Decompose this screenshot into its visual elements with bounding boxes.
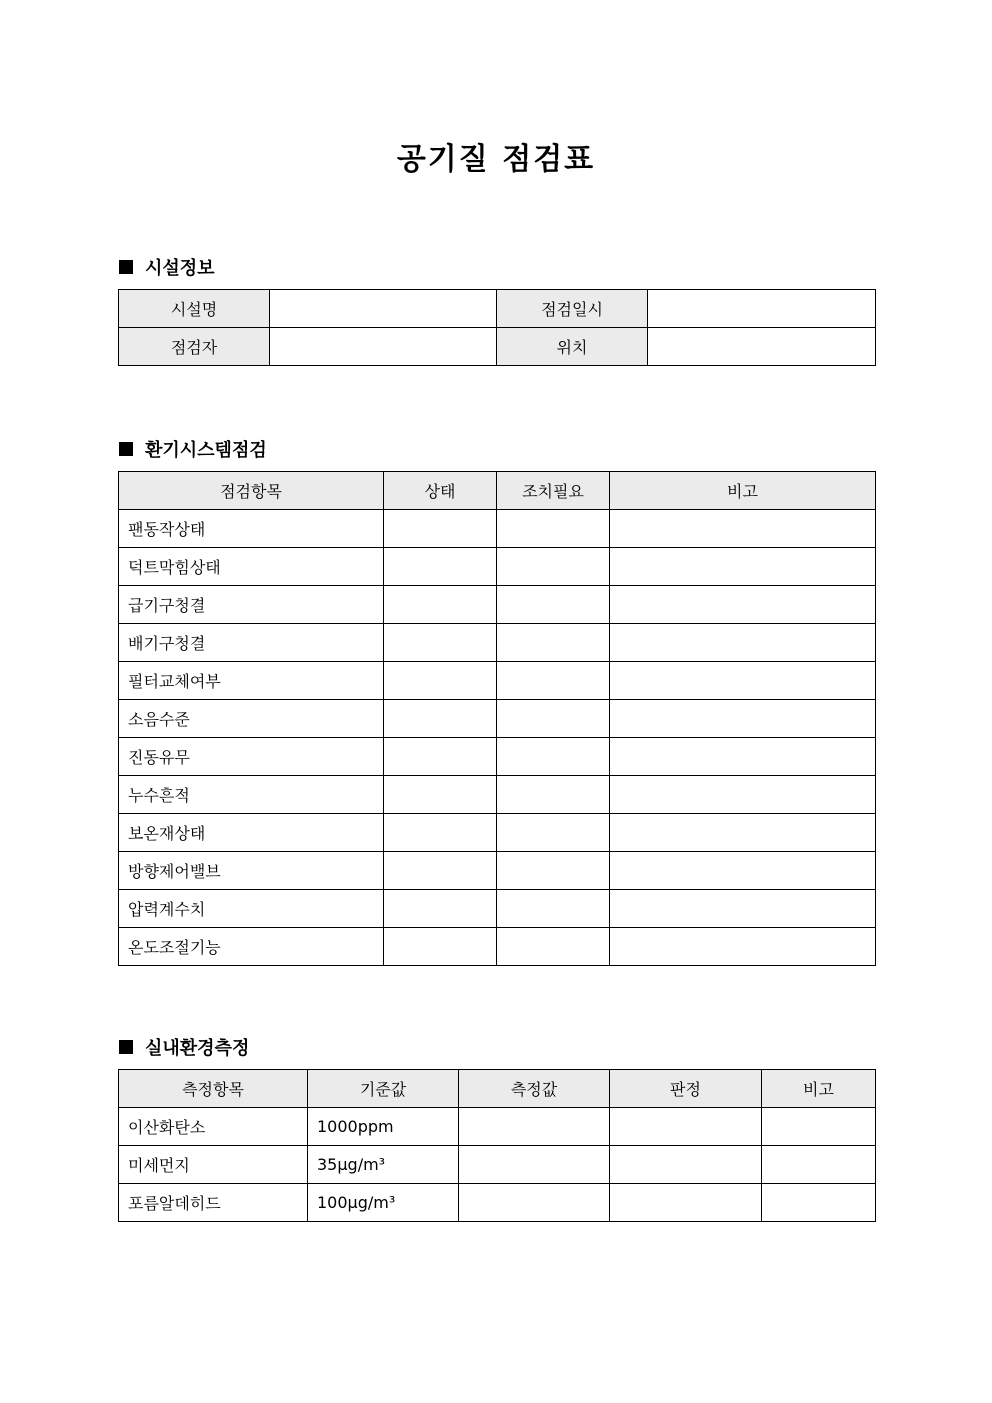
standard-value: 1000ppm <box>308 1108 459 1146</box>
status-cell[interactable] <box>384 814 497 852</box>
column-header: 기준값 <box>308 1070 459 1108</box>
remarks-cell[interactable] <box>610 586 876 624</box>
column-header: 조치필요 <box>497 472 610 510</box>
remarks-cell[interactable] <box>610 548 876 586</box>
column-header: 점검항목 <box>119 472 384 510</box>
square-bullet-icon <box>119 442 133 456</box>
status-cell[interactable] <box>384 776 497 814</box>
section-heading-label: 환기시스템점검 <box>145 436 267 462</box>
action-needed-cell[interactable] <box>497 586 610 624</box>
inspection-date-label: 점검일시 <box>497 290 648 328</box>
remarks-cell[interactable] <box>762 1146 876 1184</box>
action-needed-cell[interactable] <box>497 510 610 548</box>
remarks-cell[interactable] <box>610 814 876 852</box>
table-row: 보온재상태 <box>119 814 876 852</box>
remarks-cell[interactable] <box>610 852 876 890</box>
inspector-field[interactable] <box>270 328 497 366</box>
inspection-date-field[interactable] <box>648 290 876 328</box>
action-needed-cell[interactable] <box>497 890 610 928</box>
section-heading-label: 시설정보 <box>145 254 215 280</box>
section-heading-facility-info: 시설정보 <box>119 254 215 280</box>
column-header: 판정 <box>610 1070 762 1108</box>
remarks-cell[interactable] <box>762 1184 876 1222</box>
indoor-measurement-table: 측정항목 기준값 측정값 판정 비고 이산화탄소 1000ppm 미세먼지 35… <box>118 1069 876 1222</box>
location-label: 위치 <box>497 328 648 366</box>
table-row: 이산화탄소 1000ppm <box>119 1108 876 1146</box>
table-header-row: 점검항목 상태 조치필요 비고 <box>119 472 876 510</box>
measurement-item: 미세먼지 <box>119 1146 308 1184</box>
table-row: 급기구청결 <box>119 586 876 624</box>
table-header-row: 측정항목 기준값 측정값 판정 비고 <box>119 1070 876 1108</box>
remarks-cell[interactable] <box>610 510 876 548</box>
measurement-item: 포름알데히드 <box>119 1184 308 1222</box>
action-needed-cell[interactable] <box>497 548 610 586</box>
status-cell[interactable] <box>384 890 497 928</box>
remarks-cell[interactable] <box>610 624 876 662</box>
remarks-cell[interactable] <box>610 890 876 928</box>
section-heading-label: 실내환경측정 <box>145 1034 249 1060</box>
check-item: 팬동작상태 <box>119 510 384 548</box>
action-needed-cell[interactable] <box>497 776 610 814</box>
table-row: 시설명 점검일시 <box>119 290 876 328</box>
facility-info-table: 시설명 점검일시 점검자 위치 <box>118 289 876 366</box>
facility-name-label: 시설명 <box>119 290 270 328</box>
ventilation-table: 점검항목 상태 조치필요 비고 팬동작상태 덕트막힘상태 급기구청결 배기구청결… <box>118 471 876 966</box>
judgment-cell[interactable] <box>610 1184 762 1222</box>
measured-value-cell[interactable] <box>459 1146 610 1184</box>
status-cell[interactable] <box>384 662 497 700</box>
table-row: 팬동작상태 <box>119 510 876 548</box>
check-item: 방향제어밸브 <box>119 852 384 890</box>
standard-value: 100μg/m³ <box>308 1184 459 1222</box>
measured-value-cell[interactable] <box>459 1184 610 1222</box>
remarks-cell[interactable] <box>610 738 876 776</box>
remarks-cell[interactable] <box>610 776 876 814</box>
standard-value: 35μg/m³ <box>308 1146 459 1184</box>
column-header: 측정항목 <box>119 1070 308 1108</box>
judgment-cell[interactable] <box>610 1146 762 1184</box>
square-bullet-icon <box>119 1040 133 1054</box>
action-needed-cell[interactable] <box>497 624 610 662</box>
action-needed-cell[interactable] <box>497 700 610 738</box>
status-cell[interactable] <box>384 852 497 890</box>
status-cell[interactable] <box>384 510 497 548</box>
table-row: 누수흔적 <box>119 776 876 814</box>
check-item: 덕트막힘상태 <box>119 548 384 586</box>
table-row: 미세먼지 35μg/m³ <box>119 1146 876 1184</box>
action-needed-cell[interactable] <box>497 814 610 852</box>
location-field[interactable] <box>648 328 876 366</box>
table-row: 필터교체여부 <box>119 662 876 700</box>
status-cell[interactable] <box>384 928 497 966</box>
judgment-cell[interactable] <box>610 1108 762 1146</box>
square-bullet-icon <box>119 260 133 274</box>
status-cell[interactable] <box>384 586 497 624</box>
section-heading-ventilation: 환기시스템점검 <box>119 436 267 462</box>
table-row: 방향제어밸브 <box>119 852 876 890</box>
table-row: 진동유무 <box>119 738 876 776</box>
remarks-cell[interactable] <box>762 1108 876 1146</box>
remarks-cell[interactable] <box>610 700 876 738</box>
section-heading-indoor: 실내환경측정 <box>119 1034 249 1060</box>
action-needed-cell[interactable] <box>497 738 610 776</box>
remarks-cell[interactable] <box>610 662 876 700</box>
column-header: 측정값 <box>459 1070 610 1108</box>
check-item: 배기구청결 <box>119 624 384 662</box>
action-needed-cell[interactable] <box>497 928 610 966</box>
status-cell[interactable] <box>384 738 497 776</box>
action-needed-cell[interactable] <box>497 662 610 700</box>
table-row: 덕트막힘상태 <box>119 548 876 586</box>
measurement-item: 이산화탄소 <box>119 1108 308 1146</box>
column-header: 비고 <box>610 472 876 510</box>
check-item: 온도조절기능 <box>119 928 384 966</box>
page-title: 공기질 점검표 <box>0 134 992 178</box>
check-item: 보온재상태 <box>119 814 384 852</box>
column-header: 상태 <box>384 472 497 510</box>
check-item: 소음수준 <box>119 700 384 738</box>
status-cell[interactable] <box>384 624 497 662</box>
check-item: 필터교체여부 <box>119 662 384 700</box>
table-row: 점검자 위치 <box>119 328 876 366</box>
table-row: 배기구청결 <box>119 624 876 662</box>
status-cell[interactable] <box>384 548 497 586</box>
facility-name-field[interactable] <box>270 290 497 328</box>
table-row: 포름알데히드 100μg/m³ <box>119 1184 876 1222</box>
measured-value-cell[interactable] <box>459 1108 610 1146</box>
table-row: 온도조절기능 <box>119 928 876 966</box>
table-row: 소음수준 <box>119 700 876 738</box>
inspector-label: 점검자 <box>119 328 270 366</box>
status-cell[interactable] <box>384 700 497 738</box>
column-header: 비고 <box>762 1070 876 1108</box>
remarks-cell[interactable] <box>610 928 876 966</box>
check-item: 급기구청결 <box>119 586 384 624</box>
table-row: 압력계수치 <box>119 890 876 928</box>
check-item: 누수흔적 <box>119 776 384 814</box>
check-item: 압력계수치 <box>119 890 384 928</box>
action-needed-cell[interactable] <box>497 852 610 890</box>
check-item: 진동유무 <box>119 738 384 776</box>
